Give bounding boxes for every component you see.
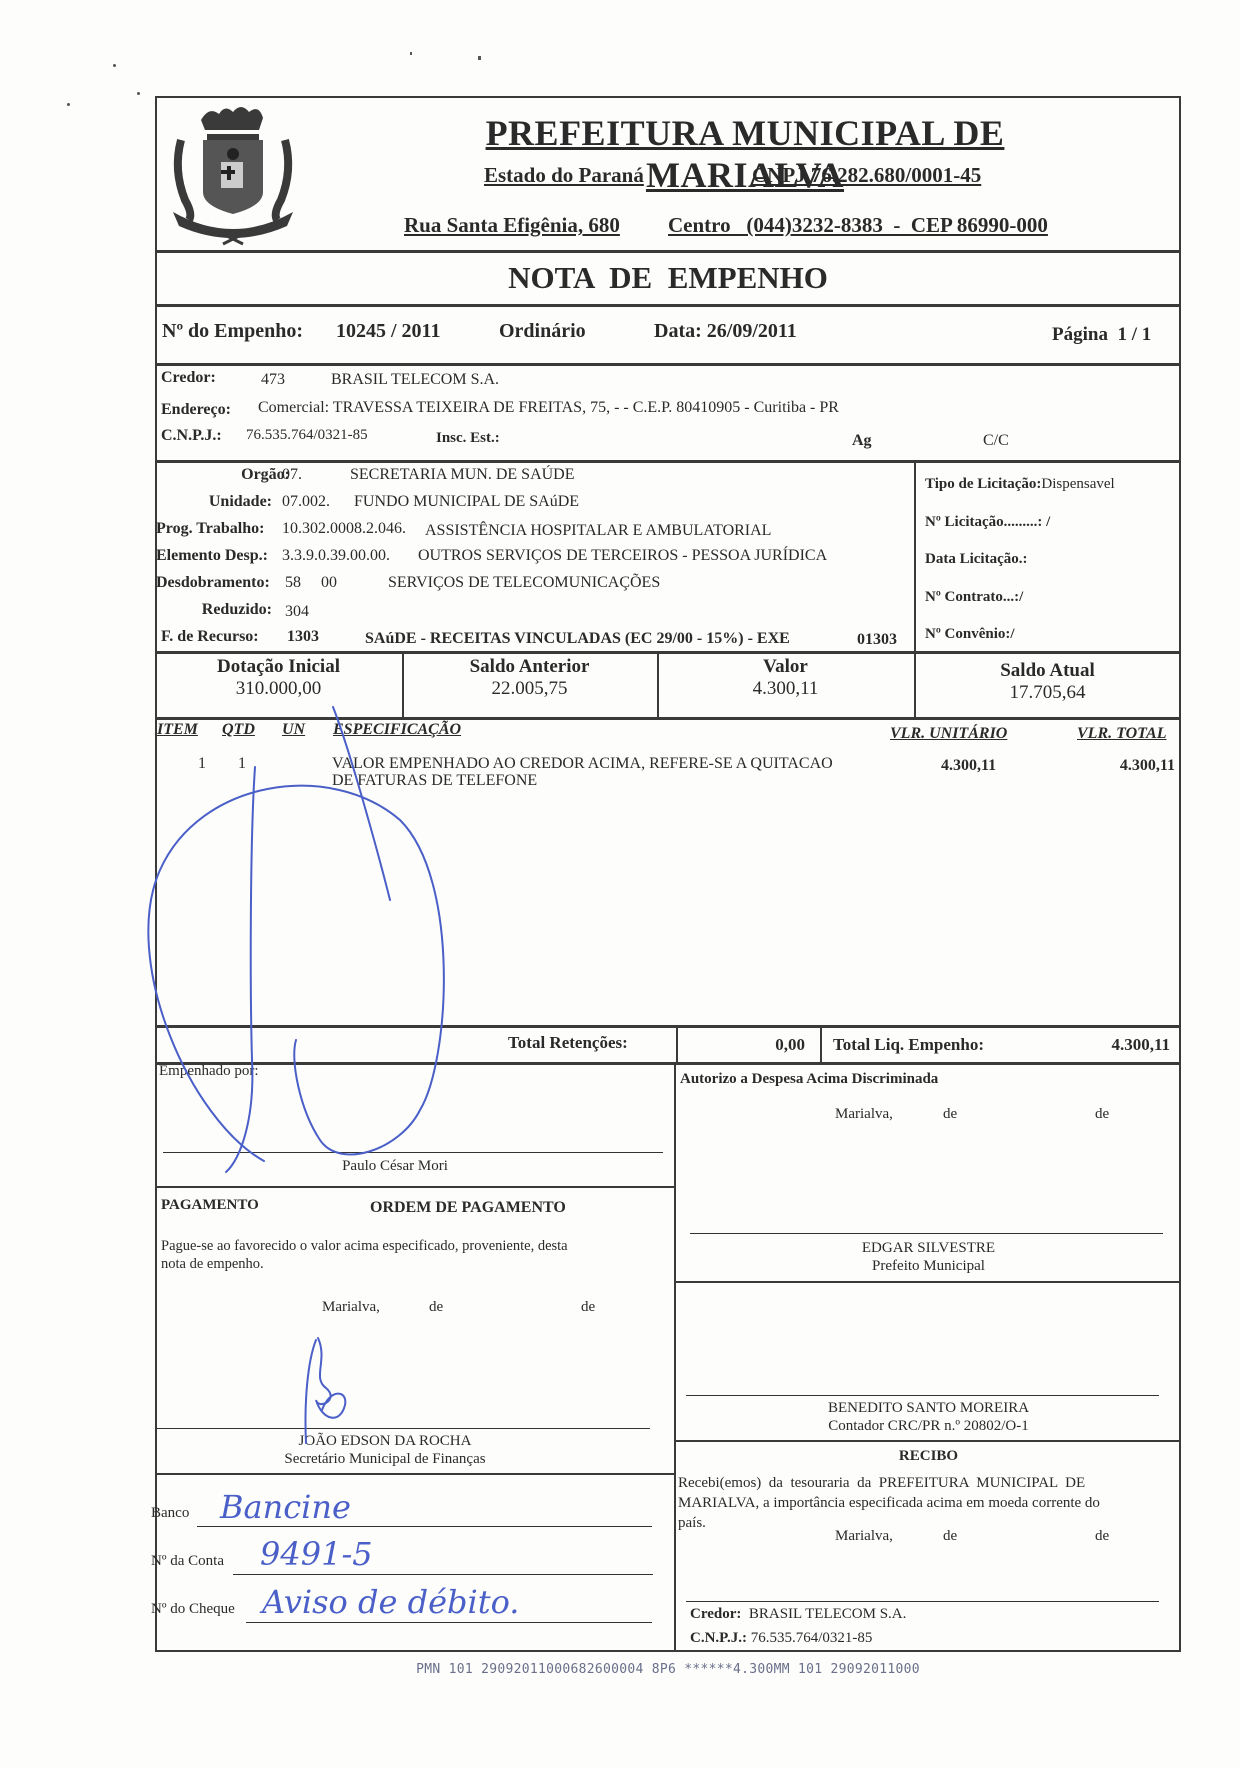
empenho-signature-icon: [148, 707, 444, 1172]
handwritten-signatures: [0, 0, 1240, 1768]
secretario-signature-icon: [305, 1338, 345, 1443]
machine-authentication-code: PMN 101 29092011000682600004 8P6 ******4…: [155, 1662, 1181, 1677]
